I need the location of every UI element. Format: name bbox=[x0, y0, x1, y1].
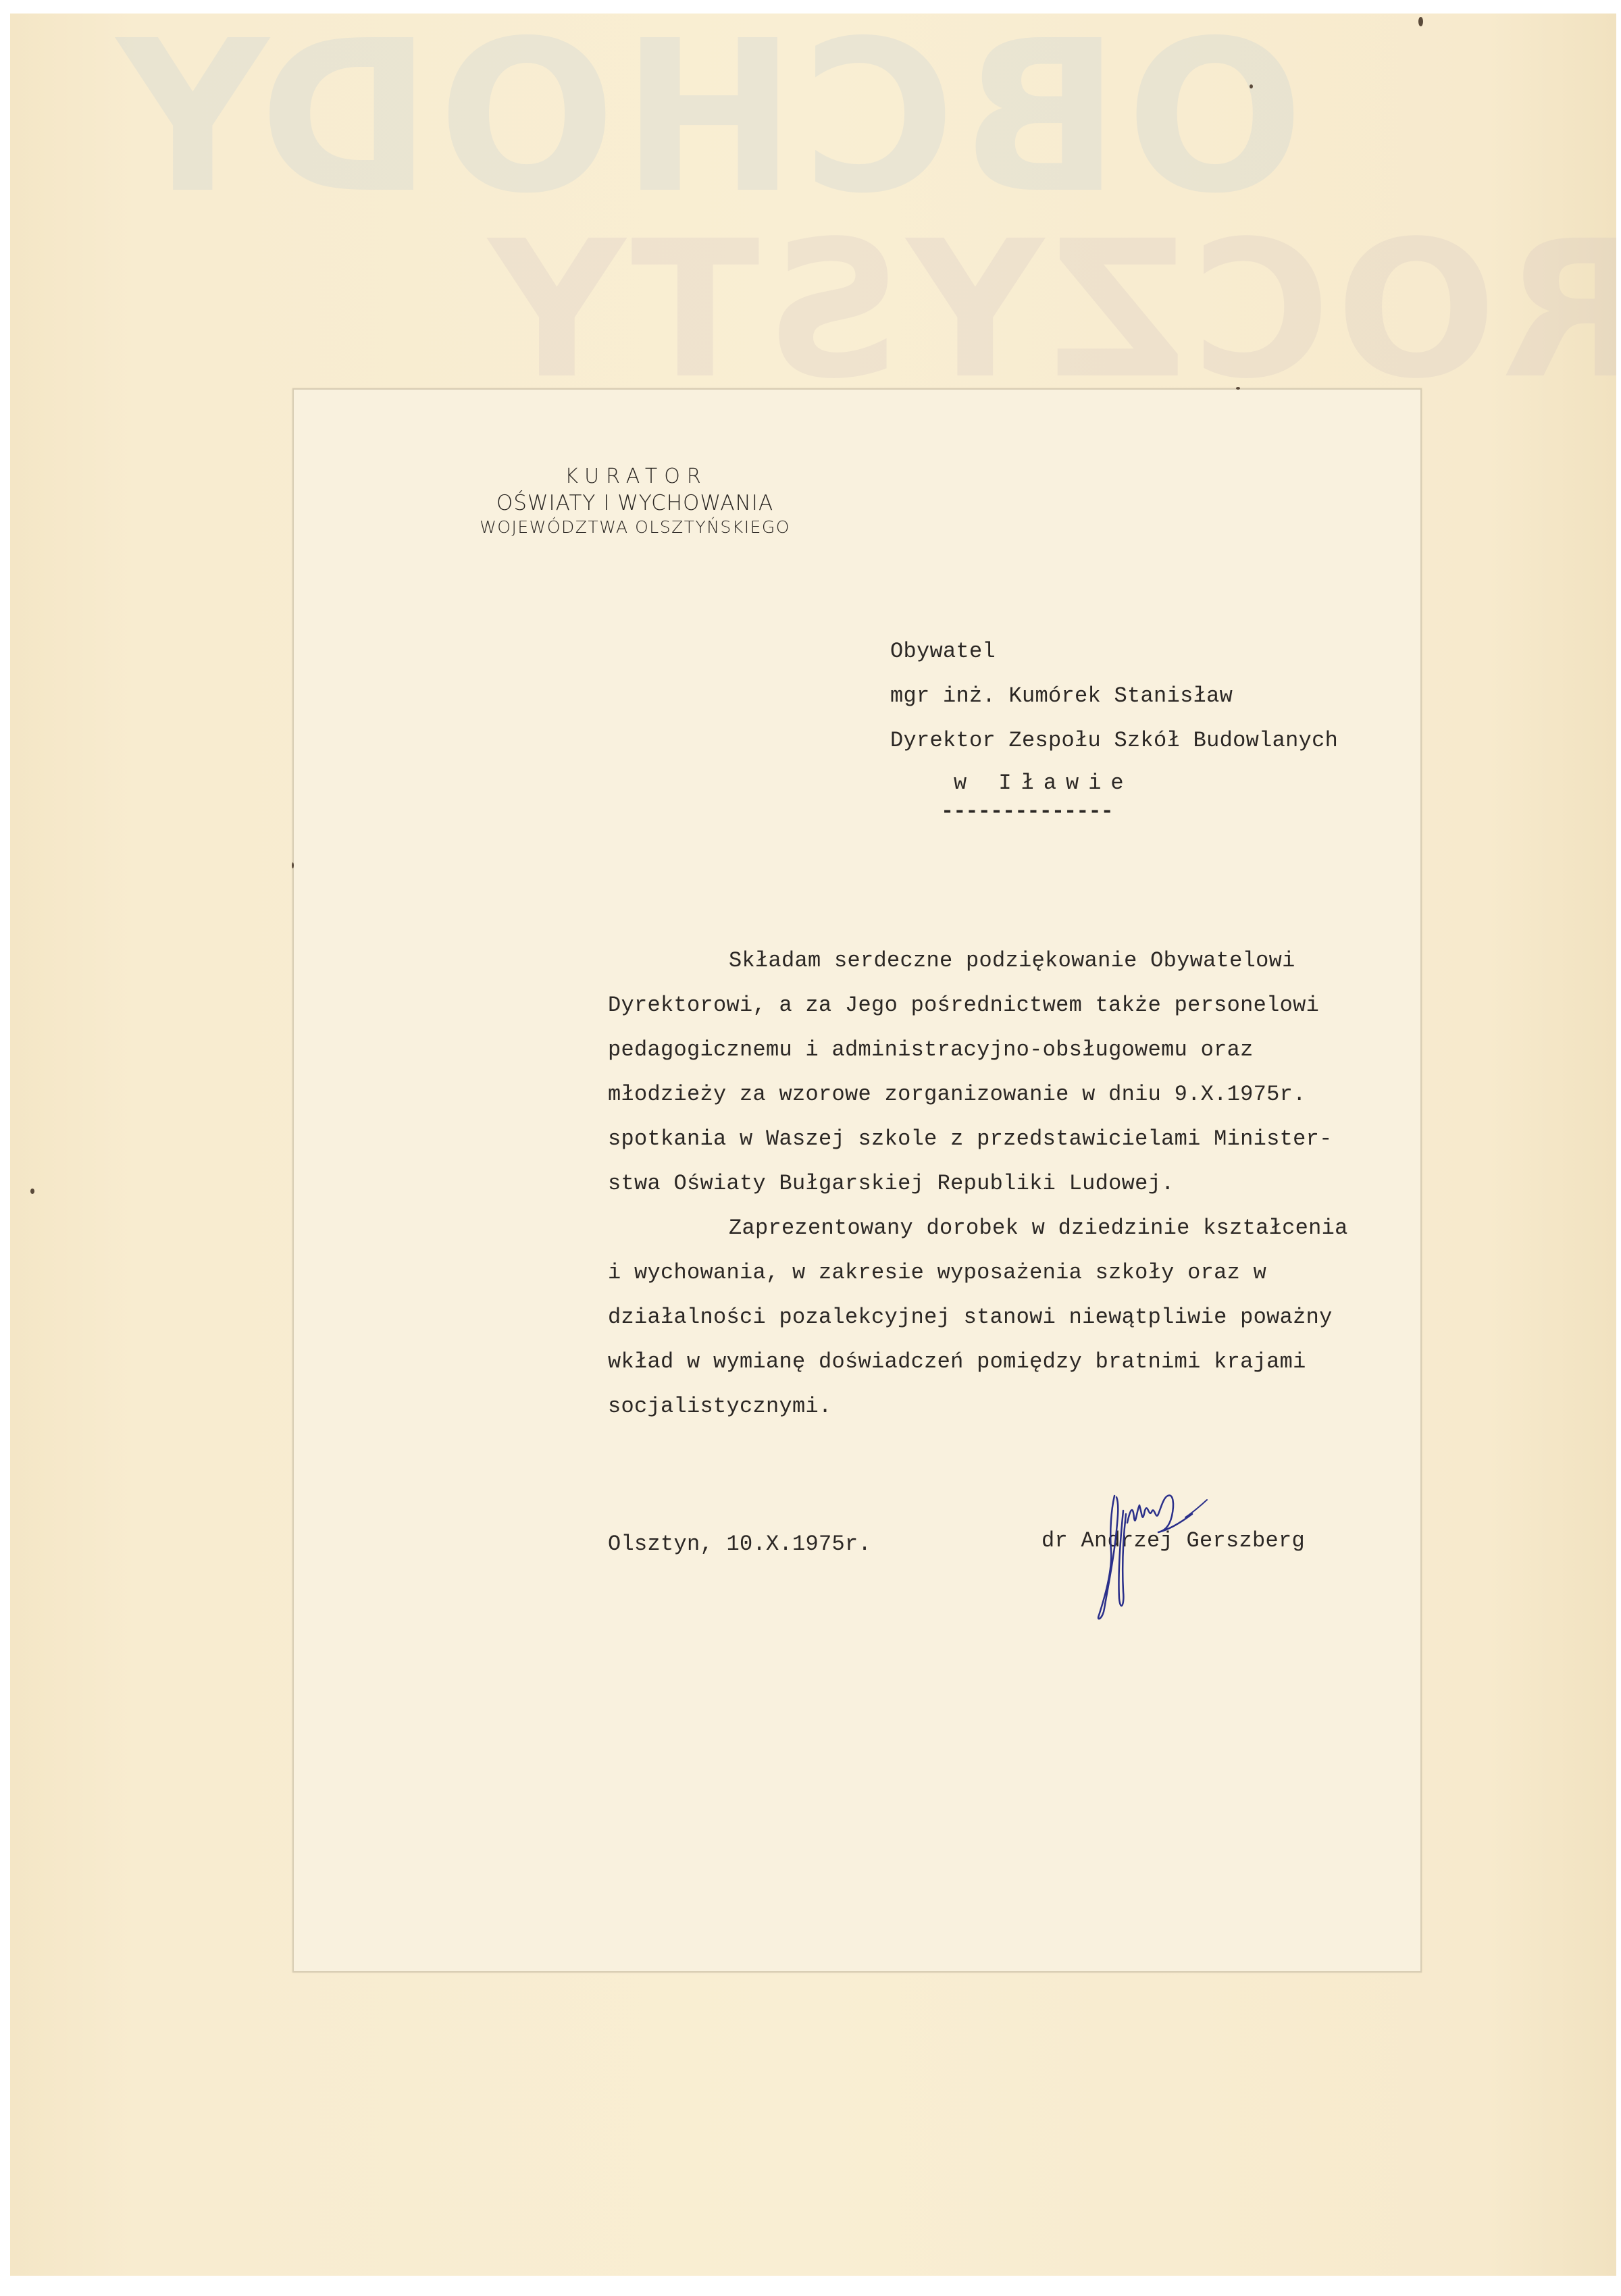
place-and-date: Olsztyn, 10.X.1975r. bbox=[608, 1531, 871, 1558]
body-line: młodzieży za wzorowe zorganizowanie w dn… bbox=[608, 1081, 1306, 1108]
paper-speck bbox=[1236, 387, 1240, 390]
paper-speck bbox=[292, 862, 294, 868]
address-recipient-title: Dyrektor Zespołu Szkół Budowlanych bbox=[890, 727, 1338, 754]
body-line: Składam serdeczne podziękowanie Obywatel… bbox=[729, 947, 1295, 974]
body-line: wkład w wymianę doświadczeń pomiędzy bra… bbox=[608, 1349, 1306, 1376]
body-line: spotkania w Waszej szkole z przedstawici… bbox=[608, 1126, 1333, 1153]
letterhead-region: WOJEWÓDZTWA OLSZTYŃSKIEGO bbox=[398, 517, 871, 538]
show-through-text-top: OBCHODY bbox=[111, 14, 1304, 223]
body-line: działalności pozalekcyjnej stanowi niewą… bbox=[608, 1304, 1333, 1331]
letterhead-title: KURATOR bbox=[401, 464, 871, 490]
paper-speck bbox=[1250, 84, 1253, 88]
show-through-text-middle: UROCZYSTY bbox=[483, 216, 1616, 405]
paper-speck bbox=[1418, 17, 1423, 26]
body-line: stwa Oświaty Bułgarskiej Republiki Ludow… bbox=[608, 1170, 1175, 1197]
address-underline: -------------- bbox=[941, 798, 1113, 825]
letterhead-office: OŚWIATY I WYCHOWANIA bbox=[398, 490, 871, 517]
letterhead: KURATOR OŚWIATY I WYCHOWANIA WOJEWÓDZTWA… bbox=[398, 464, 871, 538]
address-salutation: Obywatel bbox=[890, 638, 996, 665]
body-line: pedagogicznemu i administracyjno-obsługo… bbox=[608, 1037, 1254, 1064]
body-line: Zaprezentowany dorobek w dziedzinie kszt… bbox=[729, 1215, 1348, 1242]
body-line: socjalistycznymi. bbox=[608, 1393, 832, 1420]
address-recipient-name: mgr inż. Kumórek Stanisław bbox=[890, 683, 1233, 710]
letter-sheet: KURATOR OŚWIATY I WYCHOWANIA WOJEWÓDZTWA… bbox=[292, 388, 1422, 1973]
signature-icon bbox=[1084, 1490, 1219, 1625]
body-line: Dyrektorowi, a za Jego pośrednictwem tak… bbox=[608, 992, 1319, 1019]
paper-speck bbox=[30, 1189, 34, 1194]
address-city: w Iławie bbox=[954, 770, 1133, 797]
body-line: i wychowania, w zakresie wyposażenia szk… bbox=[608, 1259, 1266, 1286]
